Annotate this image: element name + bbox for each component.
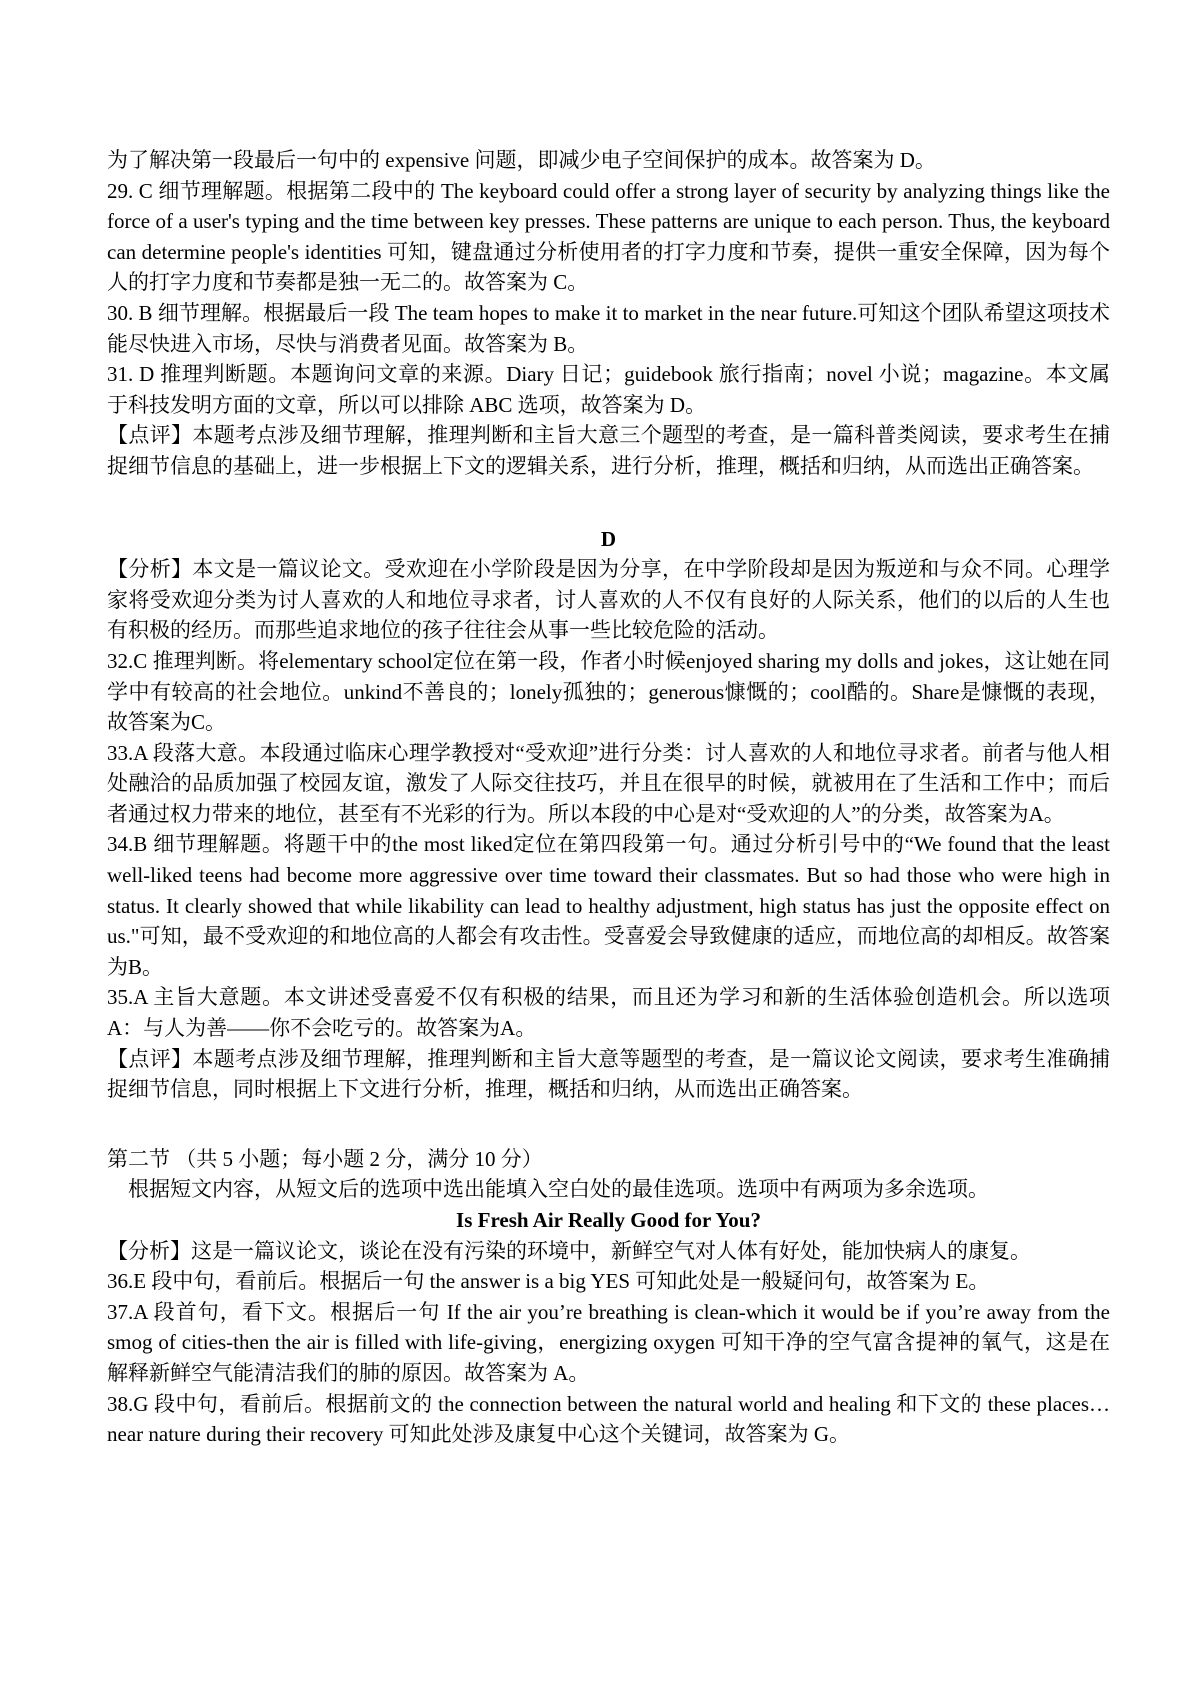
- passage-title: Is Fresh Air Really Good for You?: [107, 1205, 1110, 1236]
- answer-29: 29. C 细节理解题。根据第二段中的 The keyboard could o…: [107, 176, 1110, 298]
- answer-33: 33.A 段落大意。本段通过临床心理学教授对“受欢迎”进行分类：讨人喜欢的人和地…: [107, 738, 1110, 830]
- answer-31: 31. D 推理判断题。本题询问文章的来源。Diary 日记；guidebook…: [107, 359, 1110, 420]
- analysis-fresh-air: 【分析】这是一篇议论文，谈论在没有污染的环境中，新鲜空气对人体有好处，能加快病人…: [107, 1236, 1110, 1267]
- answer-37: 37.A 段首句，看下文。根据后一句 If the air you’re bre…: [107, 1297, 1110, 1389]
- passage-d-heading: D: [107, 524, 1110, 555]
- answer-35: 35.A 主旨大意题。本文讲述受喜爱不仅有积极的结果，而且还为学习和新的生活体验…: [107, 982, 1110, 1043]
- comment-passage-c: 【点评】本题考点涉及细节理解，推理判断和主旨大意三个题型的考查，是一篇科普类阅读…: [107, 420, 1110, 481]
- comment-passage-d: 【点评】本题考点涉及细节理解，推理判断和主旨大意等题型的考查，是一篇议论文阅读，…: [107, 1044, 1110, 1105]
- answer-30: 30. B 细节理解。根据最后一段 The team hopes to make…: [107, 298, 1110, 359]
- analysis-passage-d: 【分析】本文是一篇议论文。受欢迎在小学阶段是因为分享，在中学阶段却是因为叛逆和与…: [107, 554, 1110, 646]
- section-2-instructions: 根据短文内容，从短文后的选项中选出能填入空白处的最佳选项。选项中有两项为多余选项…: [107, 1174, 1110, 1205]
- answer-38: 38.G 段中句，看前后。根据前文的 the connection betwee…: [107, 1389, 1110, 1450]
- answer-34: 34.B 细节理解题。将题干中的the most liked定位在第四段第一句。…: [107, 829, 1110, 982]
- answer-32: 32.C 推理判断。将elementary school定位在第一段，作者小时候…: [107, 646, 1110, 738]
- answer-28-tail: 为了解决第一段最后一句中的 expensive 问题，即减少电子空间保护的成本。…: [107, 145, 1110, 176]
- document-page: 为了解决第一段最后一句中的 expensive 问题，即减少电子空间保护的成本。…: [0, 0, 1200, 1698]
- answer-36: 36.E 段中句，看前后。根据后一句 the answer is a big Y…: [107, 1266, 1110, 1297]
- section-2-heading: 第二节 （共 5 小题；每小题 2 分，满分 10 分）: [107, 1144, 1110, 1175]
